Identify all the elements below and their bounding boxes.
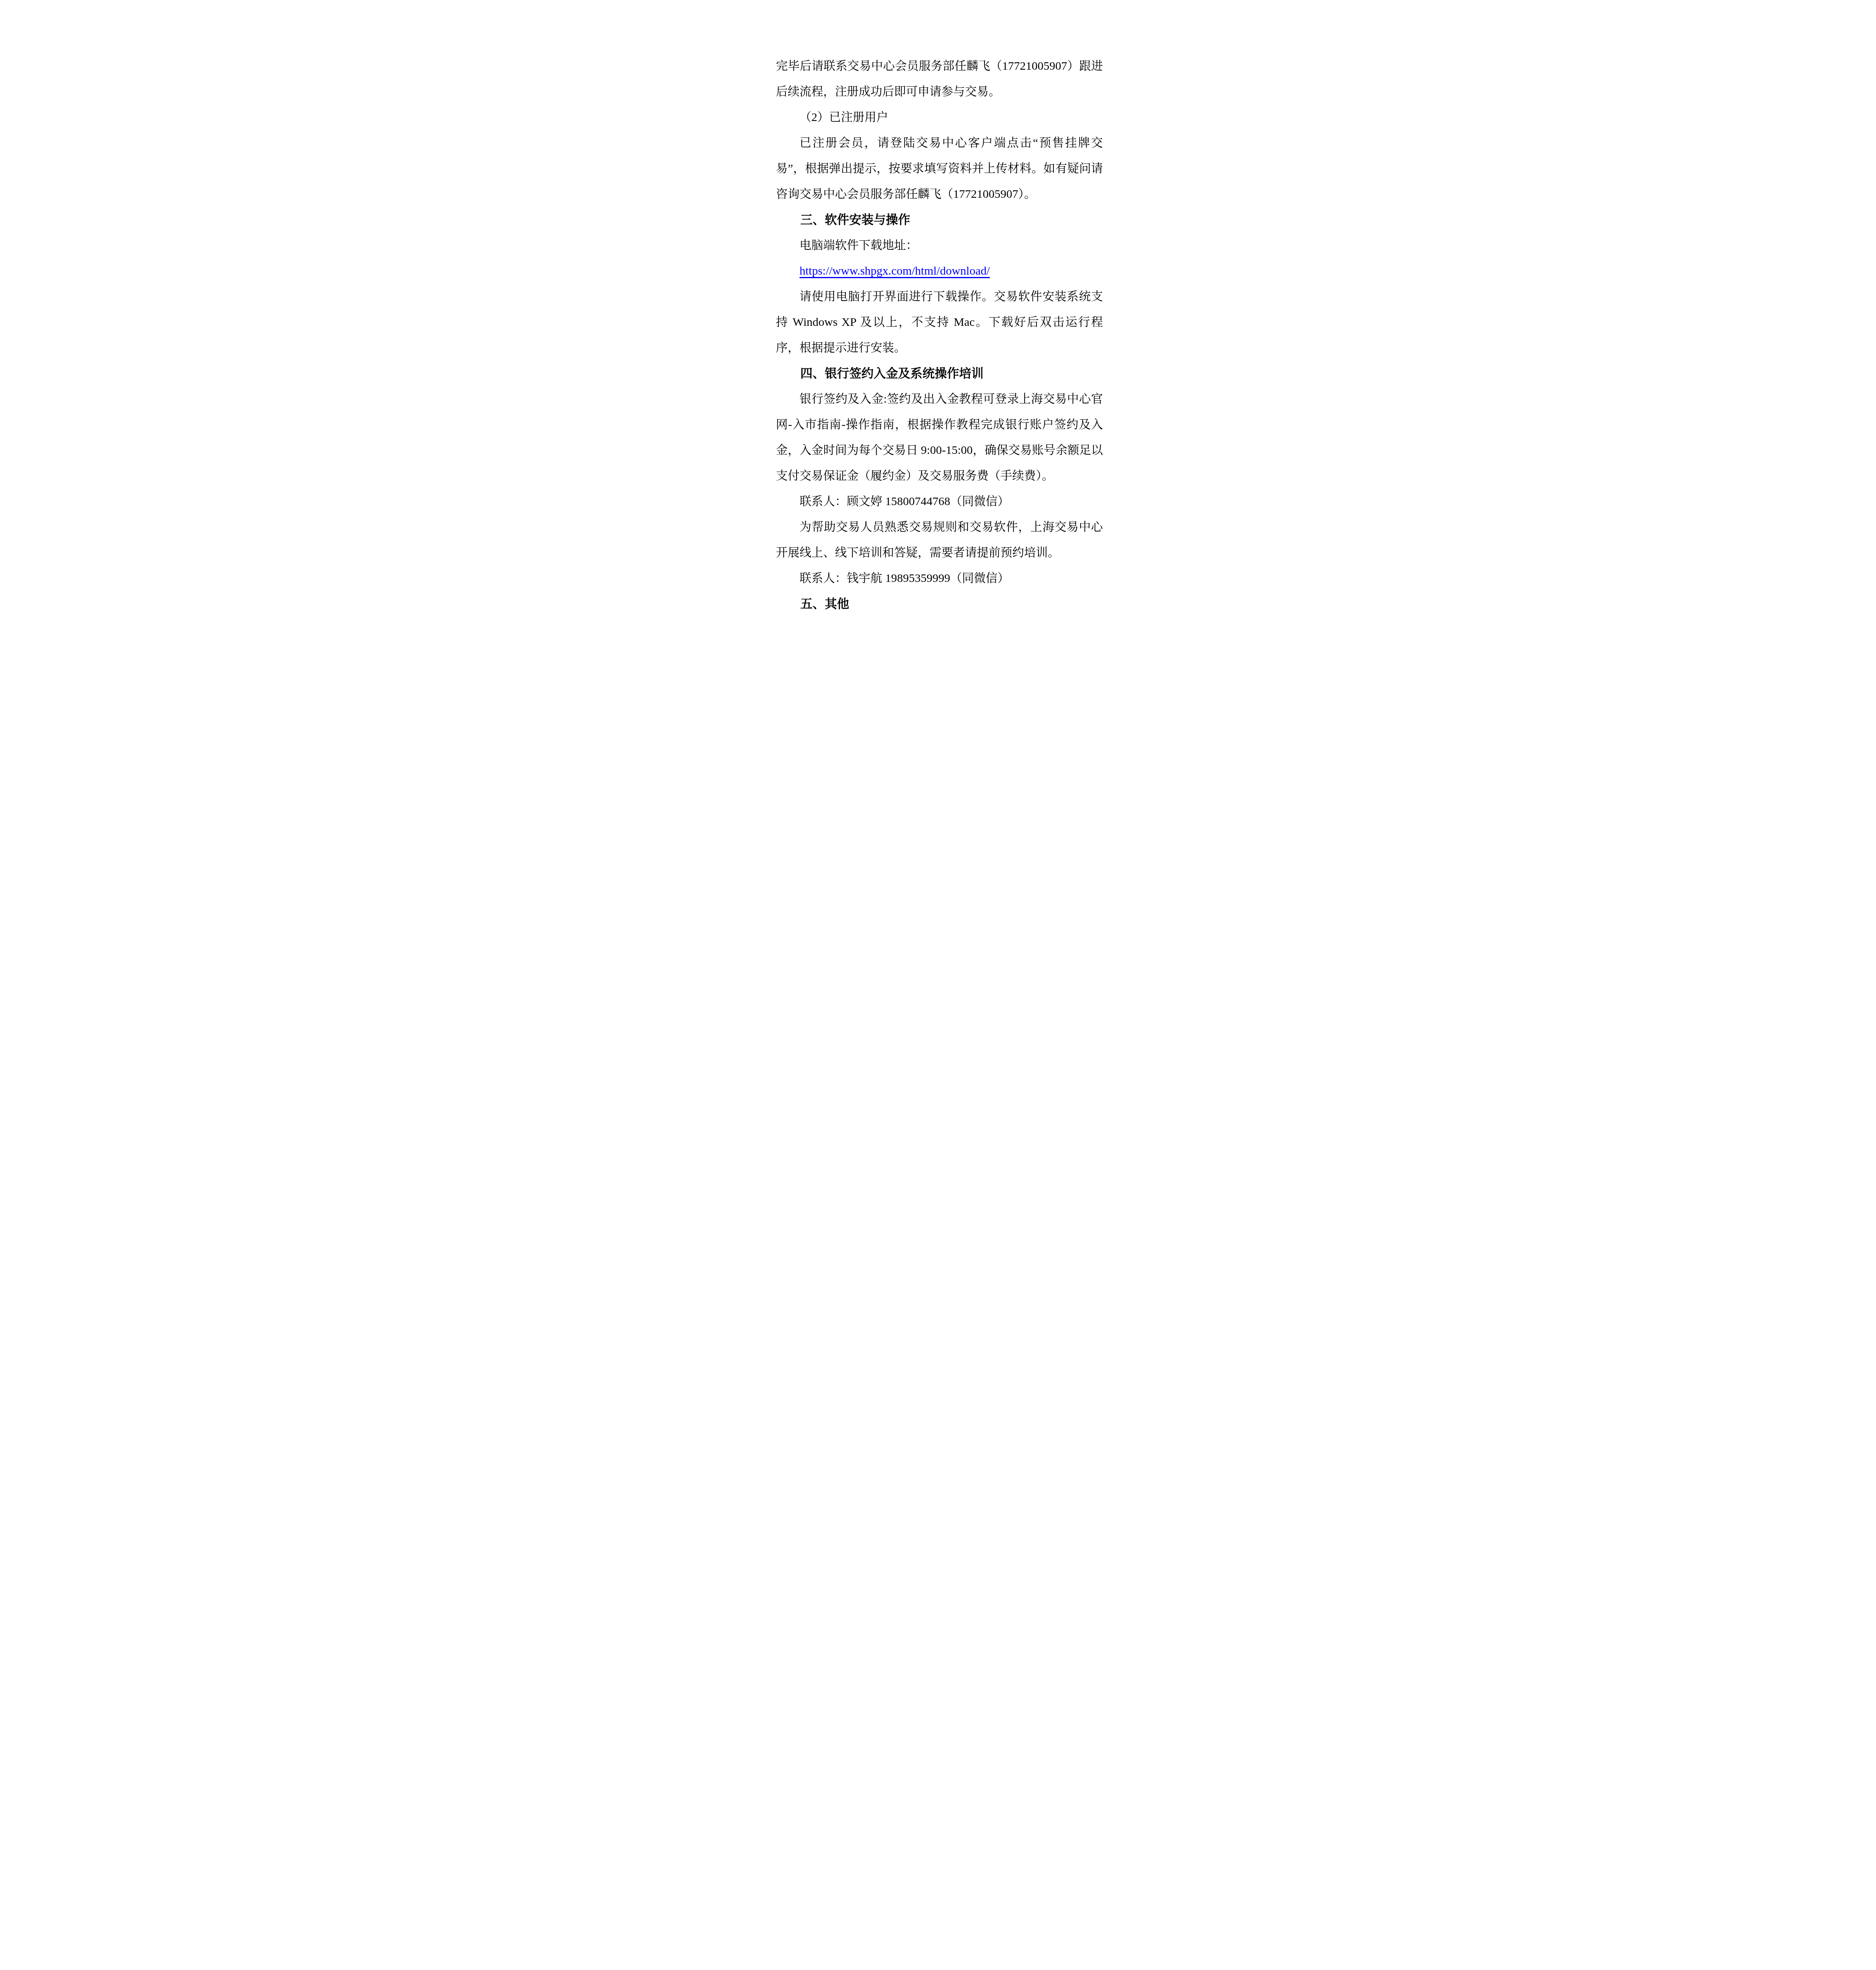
paragraph-download-link-line: https://www.shpgx.com/html/download/	[776, 258, 1103, 284]
paragraph-training-info: 为帮助交易人员熟悉交易规则和交易软件，上海交易中心开展线上、线下培训和答疑，需要…	[776, 514, 1103, 565]
paragraph-download-address-label: 电脑端软件下载地址：	[776, 232, 1103, 258]
section-heading-bank-signing-training: 四、银行签约入金及系统操作培训	[776, 361, 1103, 386]
section-heading-software-install: 三、软件安装与操作	[776, 207, 1103, 232]
paragraph-registered-member-instructions: 已注册会员，请登陆交易中心客户端点击“预售挂牌交易”，根据弹出提示，按要求填写资…	[776, 130, 1103, 207]
section-heading-other: 五、其他	[776, 591, 1103, 617]
paragraph-contact-qian-yuhang: 联系人：钱宇航 19895359999（同微信）	[776, 565, 1103, 591]
paragraph-contact-gu-wenting: 联系人：顾文婷 15800744768（同微信）	[776, 489, 1103, 514]
paragraph-bank-signing-details: 银行签约及入金:签约及出入金教程可登录上海交易中心官网-入市指南-操作指南，根据…	[776, 386, 1103, 489]
paragraph-registered-user-label: （2）已注册用户	[776, 104, 1103, 130]
paragraph-install-instructions: 请使用电脑打开界面进行下载操作。交易软件安装系统支持 Windows XP 及以…	[776, 284, 1103, 361]
document-body: 完毕后请联系交易中心会员服务部任麟飞（17721005907）跟进后续流程，注册…	[776, 53, 1103, 617]
document-page: 完毕后请联系交易中心会员服务部任麟飞（17721005907）跟进后续流程，注册…	[704, 0, 1173, 663]
paragraph-registration-followup: 完毕后请联系交易中心会员服务部任麟飞（17721005907）跟进后续流程，注册…	[776, 53, 1103, 104]
download-url-link[interactable]: https://www.shpgx.com/html/download/	[800, 264, 990, 277]
